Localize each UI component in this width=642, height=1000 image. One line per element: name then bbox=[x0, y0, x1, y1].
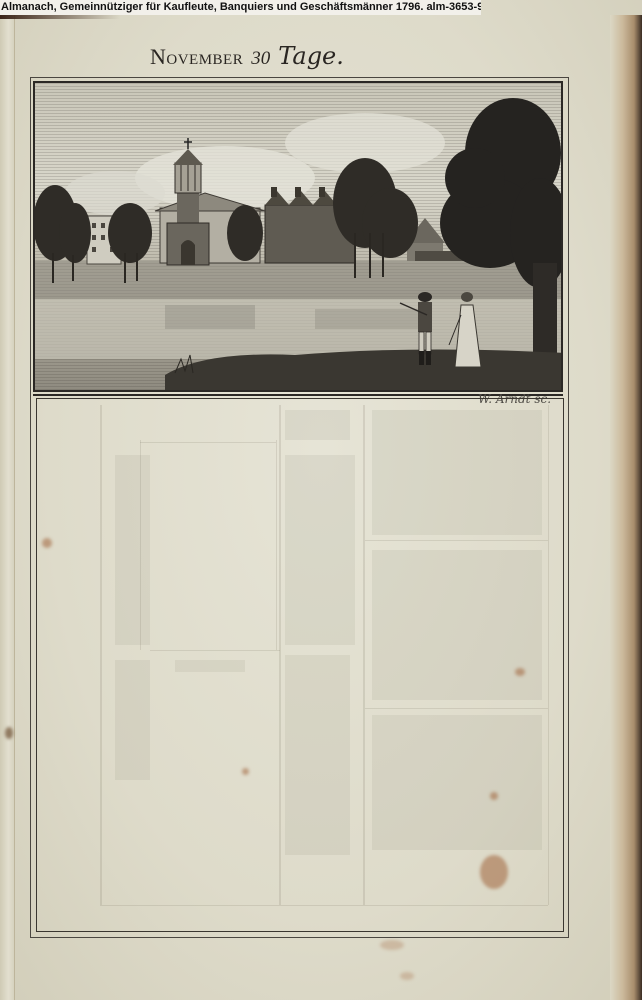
show-through-row-rule bbox=[365, 540, 548, 541]
foxing-stain bbox=[380, 940, 404, 950]
show-through-row-rule bbox=[100, 905, 548, 906]
landscape-engraving-icon bbox=[35, 83, 563, 392]
page-fold-line bbox=[14, 15, 15, 1000]
show-through-text-block bbox=[372, 715, 542, 850]
image-caption-bar: Almanach, Gemeinnütziger für Kaufleute, … bbox=[0, 0, 481, 15]
scanned-page: November 30 Tage. bbox=[0, 0, 642, 1000]
page-right-edge-shadow bbox=[610, 15, 642, 1000]
heading-days-count: 30 bbox=[251, 48, 270, 69]
foxing-stain bbox=[490, 792, 498, 800]
show-through-row-rule bbox=[365, 708, 548, 709]
foxing-stain bbox=[515, 668, 525, 676]
show-through-text-block bbox=[285, 455, 355, 645]
foxing-stain bbox=[242, 768, 249, 775]
show-through-column-rule bbox=[548, 405, 549, 905]
show-through-text-block bbox=[285, 410, 350, 440]
show-through-column-rule bbox=[276, 440, 277, 650]
foxing-stain bbox=[5, 727, 13, 739]
engraving-illustration bbox=[33, 81, 563, 392]
heading-days-unit: Tage. bbox=[278, 42, 344, 70]
show-through-column-rule bbox=[363, 405, 365, 905]
show-through-text-block bbox=[372, 550, 542, 700]
page-heading: November 30 Tage. bbox=[150, 42, 410, 72]
page-left-edge bbox=[0, 15, 14, 1000]
foxing-stain bbox=[42, 538, 52, 548]
show-through-text-block bbox=[285, 655, 350, 855]
show-through-text-block bbox=[115, 455, 150, 645]
foxing-stain bbox=[480, 855, 508, 889]
show-through-text-block bbox=[372, 410, 542, 535]
show-through-text-block bbox=[115, 660, 150, 780]
show-through-row-rule bbox=[140, 442, 276, 443]
show-through-text-block bbox=[175, 660, 245, 672]
foxing-stain bbox=[400, 972, 414, 980]
show-through-column-rule bbox=[100, 405, 102, 905]
binding-shadow bbox=[0, 15, 120, 19]
heading-month: November bbox=[150, 44, 243, 69]
show-through-row-rule bbox=[150, 650, 280, 651]
show-through-column-rule bbox=[279, 405, 281, 905]
